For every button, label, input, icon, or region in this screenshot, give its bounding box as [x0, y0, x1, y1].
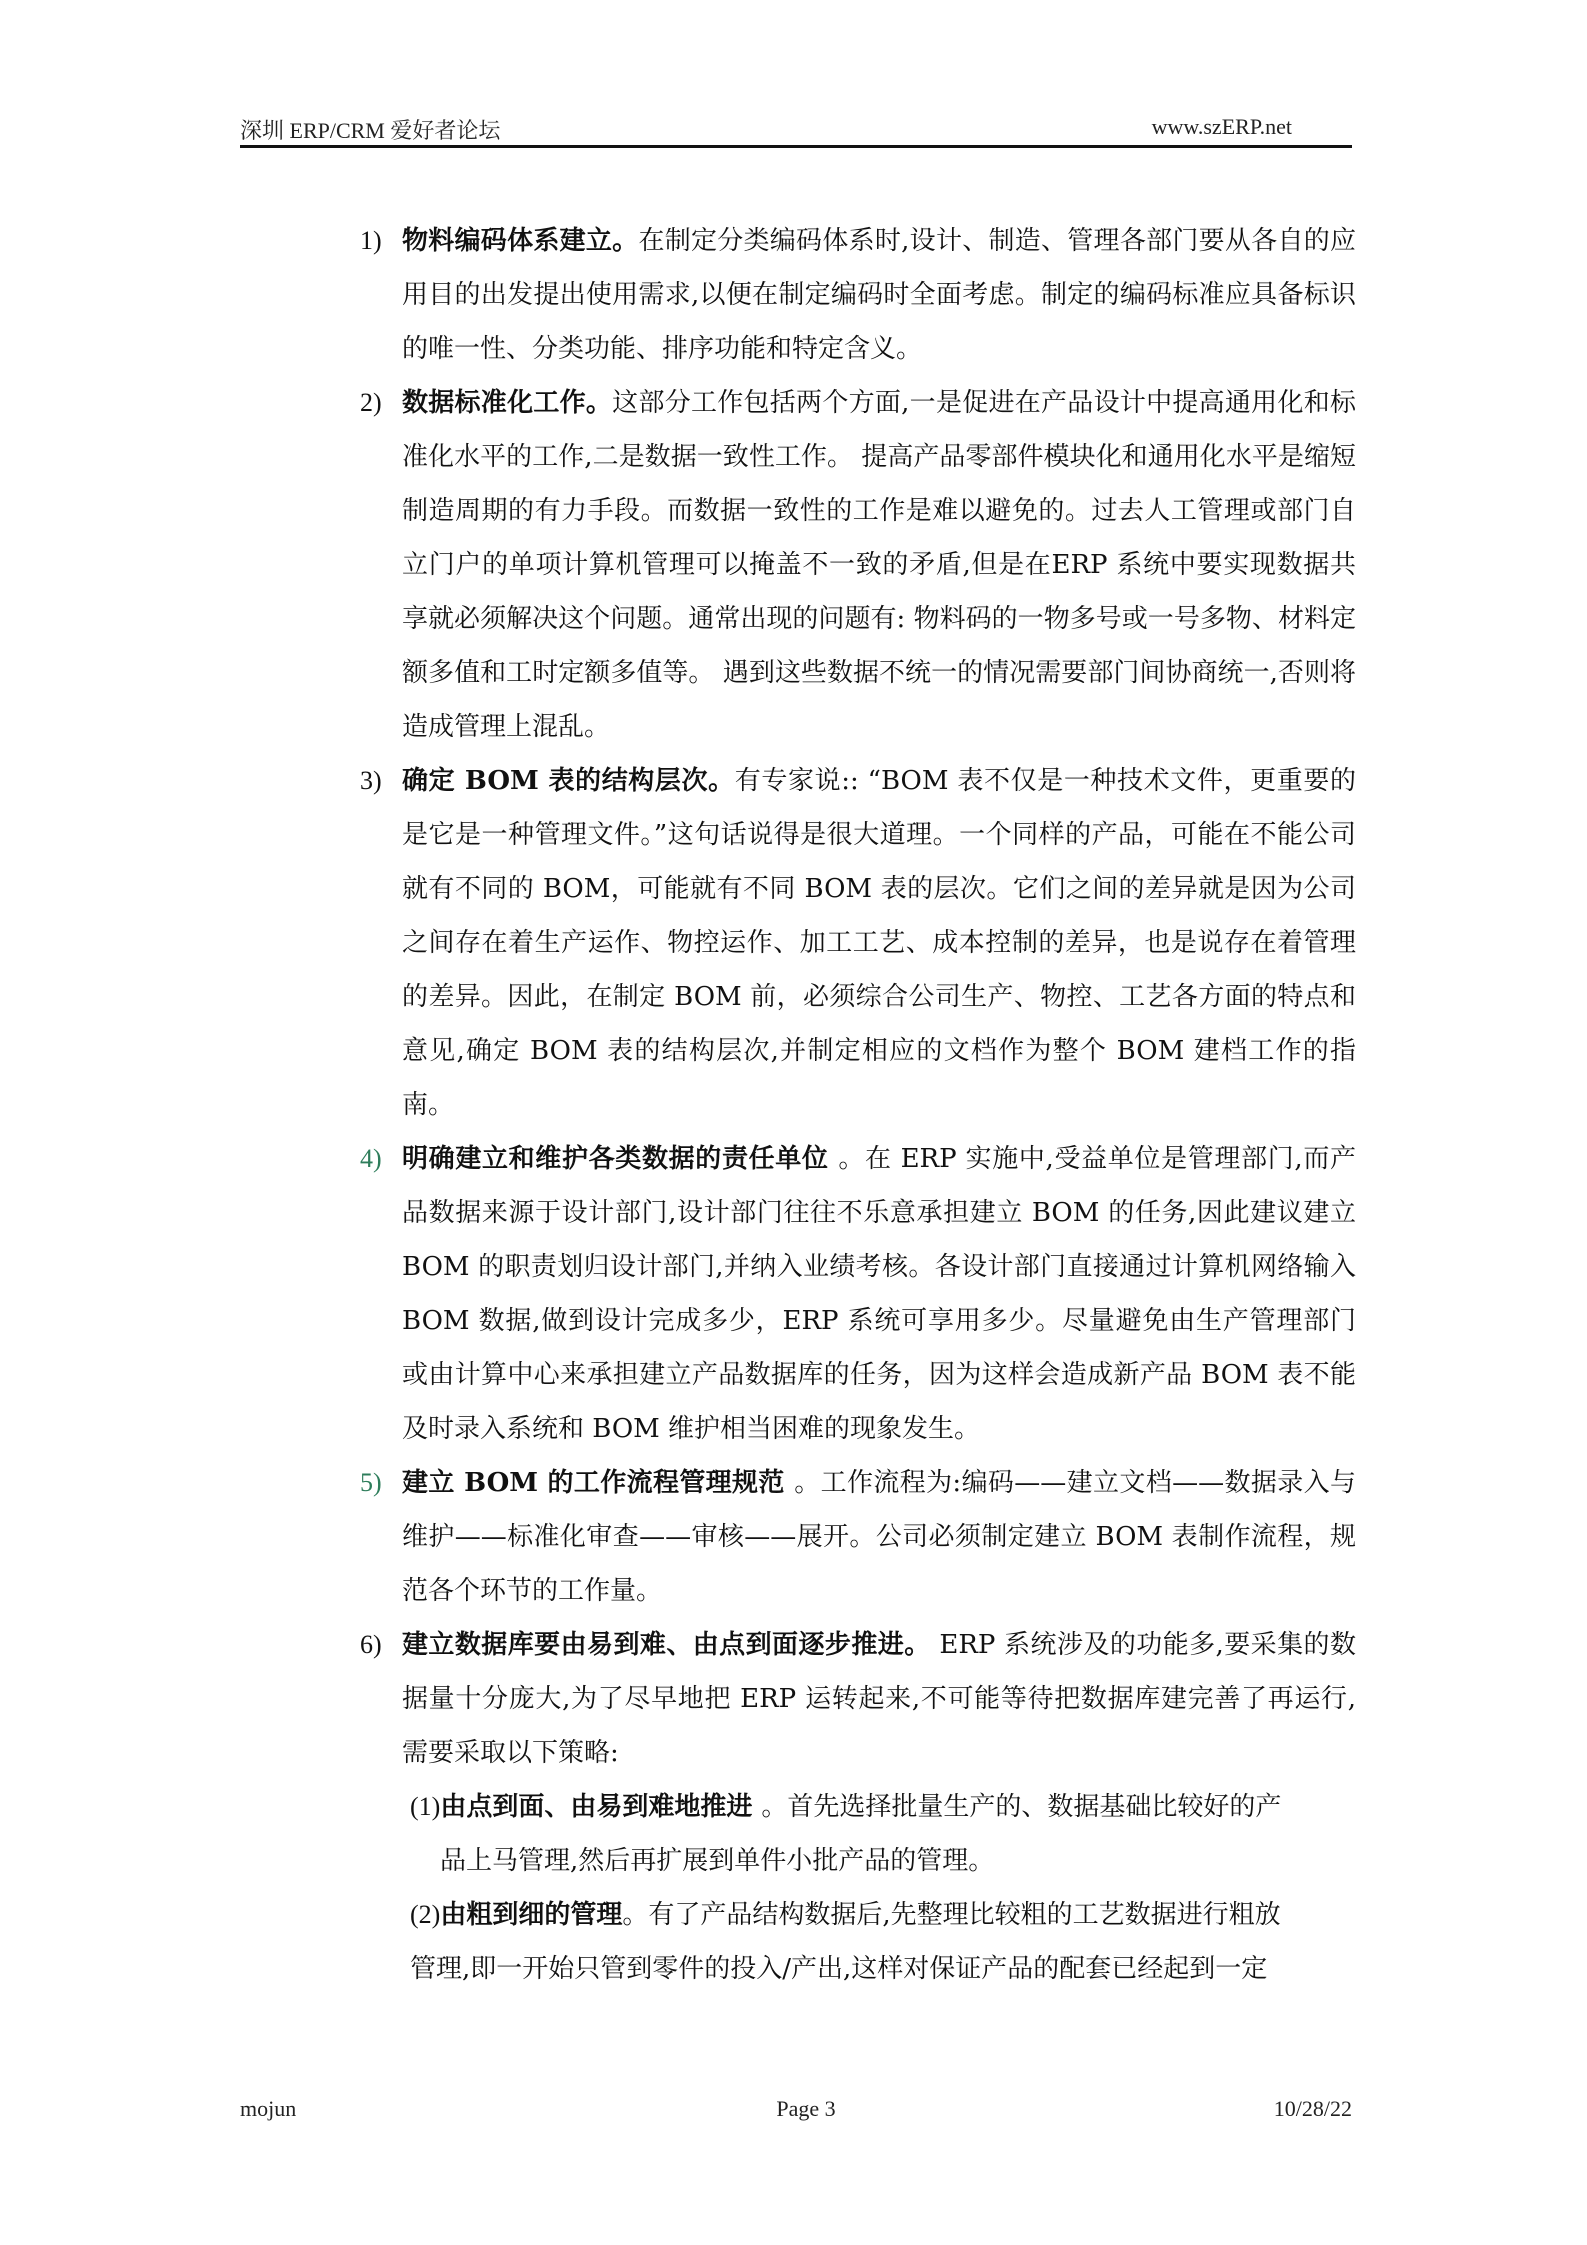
item-number: 4): [360, 1132, 400, 1186]
item-number: 5): [360, 1456, 400, 1510]
item-title: 数据标准化工作。: [402, 388, 612, 418]
document-body: 1) 物料编码体系建立。在制定分类编码体系时,设计、制造、管理各部门要从各自的应…: [360, 214, 1356, 1996]
item-body: 这部分工作包括两个方面,一是促进在产品设计中提高通用化和标准化水平的工作,二是数…: [402, 388, 1356, 742]
sub-list-item: (2)由粗到细的管理。有了产品结构数据后,先整理比较粗的工艺数据进行粗放 管理,…: [410, 1888, 1356, 1996]
item-body: 有专家说:: “BOM 表不仅是一种技术文件，更重要的是它是一种管理文件。”这句…: [402, 766, 1356, 1120]
item-text: 数据标准化工作。这部分工作包括两个方面,一是促进在产品设计中提高通用化和标准化水…: [360, 376, 1356, 754]
footer-date: 10/28/22: [1274, 2096, 1352, 2122]
header-website: www.szERP.net: [1152, 114, 1292, 140]
sub-item-label: (1): [410, 1792, 440, 1821]
sub-item-body: 。首先选择批量生产的、数据基础比较好的产: [761, 1792, 1281, 1822]
sub-list-item: (1)由点到面、由易到难地推进 。首先选择批量生产的、数据基础比较好的产 品上马…: [410, 1780, 1356, 1888]
item-number: 1): [360, 214, 400, 268]
list-item: 6) 建立数据库要由易到难、由点到面逐步推进。 ERP 系统涉及的功能多,要采集…: [360, 1618, 1356, 1780]
item-number: 6): [360, 1618, 400, 1672]
item-title: 确定 BOM 表的结构层次。: [402, 766, 735, 796]
list-item: 4) 明确建立和维护各类数据的责任单位 。在 ERP 实施中,受益单位是管理部门…: [360, 1132, 1356, 1456]
item-text: 建立 BOM 的工作流程管理规范 。工作流程为:编码——建立文档——数据录入与维…: [360, 1456, 1356, 1618]
page-header: 深圳 ERP/CRM 爱好者论坛 www.szERP.net: [240, 110, 1352, 146]
header-forum-name: 深圳 ERP/CRM 爱好者论坛: [240, 114, 500, 145]
sub-item-title: 由点到面、由易到难地推进: [440, 1792, 761, 1822]
list-item: 3) 确定 BOM 表的结构层次。有专家说:: “BOM 表不仅是一种技术文件，…: [360, 754, 1356, 1132]
item-title: 物料编码体系建立。: [402, 226, 638, 256]
item-title: 明确建立和维护各类数据的责任单位: [402, 1144, 838, 1174]
item-number: 3): [360, 754, 400, 808]
page-footer: mojun Page 3 10/28/22: [240, 2096, 1352, 2126]
sub-item-label: (2): [410, 1900, 440, 1929]
sub-item-first-line: (2)由粗到细的管理。有了产品结构数据后,先整理比较粗的工艺数据进行粗放: [410, 1888, 1356, 1942]
item-number: 2): [360, 376, 400, 430]
item-text: 明确建立和维护各类数据的责任单位 。在 ERP 实施中,受益单位是管理部门,而产…: [360, 1132, 1356, 1456]
header-divider: [240, 145, 1352, 148]
item-text: 建立数据库要由易到难、由点到面逐步推进。 ERP 系统涉及的功能多,要采集的数据…: [360, 1618, 1356, 1780]
sub-item-continuation: 品上马管理,然后再扩展到单件小批产品的管理。: [410, 1834, 1356, 1888]
item-title: 建立 BOM 的工作流程管理规范: [402, 1468, 794, 1498]
sub-item-first-line: (1)由点到面、由易到难地推进 。首先选择批量生产的、数据基础比较好的产: [410, 1780, 1356, 1834]
item-text: 确定 BOM 表的结构层次。有专家说:: “BOM 表不仅是一种技术文件，更重要…: [360, 754, 1356, 1132]
sub-item-title: 由粗到细的管理: [440, 1900, 622, 1930]
item-body: 。在 ERP 实施中,受益单位是管理部门,而产品数据来源于设计部门,设计部门往往…: [402, 1144, 1356, 1444]
sub-item-continuation: 管理,即一开始只管到零件的投入/产出,这样对保证产品的配套已经起到一定: [410, 1942, 1356, 1996]
list-item: 5) 建立 BOM 的工作流程管理规范 。工作流程为:编码——建立文档——数据录…: [360, 1456, 1356, 1618]
list-item: 2) 数据标准化工作。这部分工作包括两个方面,一是促进在产品设计中提高通用化和标…: [360, 376, 1356, 754]
sub-item-body: 。有了产品结构数据后,先整理比较粗的工艺数据进行粗放: [622, 1900, 1280, 1930]
footer-page-number: Page 3: [240, 2096, 1352, 2122]
list-item: 1) 物料编码体系建立。在制定分类编码体系时,设计、制造、管理各部门要从各自的应…: [360, 214, 1356, 376]
item-title: 建立数据库要由易到难、由点到面逐步推进。: [402, 1630, 931, 1660]
item-text: 物料编码体系建立。在制定分类编码体系时,设计、制造、管理各部门要从各自的应用目的…: [360, 214, 1356, 376]
